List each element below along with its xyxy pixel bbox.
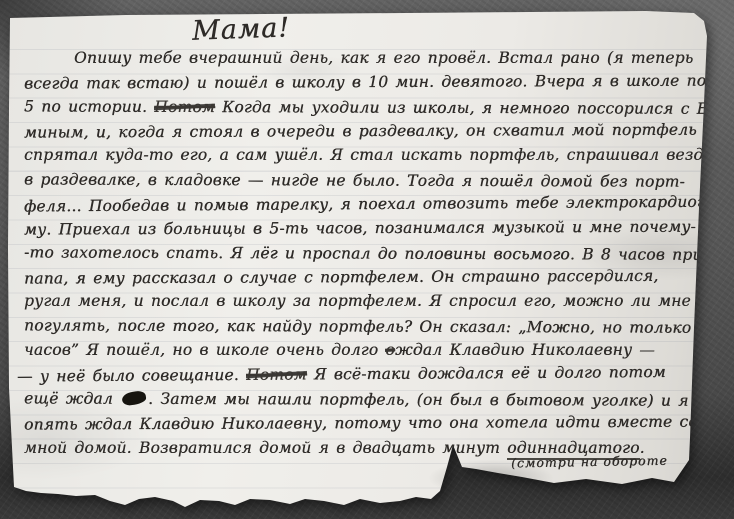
- ink-blot: его: [121, 390, 147, 407]
- letter-paper-wrap: Мама! Опишу тебе вчерашний день, как я е…: [6, 8, 712, 512]
- letter-text: Я всё-таки дождался её и долго потом: [307, 363, 666, 384]
- letter-line: всегда так встаю) и пошёл в школу в 10 м…: [24, 69, 706, 96]
- letter-line: -то захотелось спать. Я лёг и проспал до…: [24, 240, 706, 267]
- letter-text: в раздевалке, в кладовке — нигде не было…: [24, 170, 685, 190]
- letter-line: спрятал куда-то его, а сам ушёл. Я стал …: [24, 143, 706, 167]
- letter-text: му. Приехал из больницы в 5-ть часов, по…: [24, 218, 696, 239]
- letter-text: . Затем мы нашли портфель, (он был в быт…: [148, 390, 689, 410]
- letter-lines: Опишу тебе вчерашний день, как я его про…: [24, 46, 706, 460]
- letter-text: миным, и, когда я стоял в очереди в разд…: [24, 121, 712, 142]
- letter-text: часов” Я пошёл, но в школе очень долго: [24, 341, 385, 359]
- letter-line: ругал меня, и послал в школу за портфеле…: [24, 289, 706, 313]
- letter-text: — у неё было совещание.: [17, 366, 246, 386]
- letter-text: ругал меня, и послал в школу за портфеле…: [24, 292, 712, 310]
- letter-text: всегда так встаю) и пошёл в школу в 10 м…: [24, 72, 712, 93]
- letter-text: Опишу тебе вчерашний день, как я его про…: [74, 49, 693, 67]
- letter-text: Когда мы уходили из школы, я немного пос…: [215, 98, 712, 118]
- letter-line: Опишу тебе вчерашний день, как я его про…: [24, 46, 706, 70]
- letter-line: му. Приехал из больницы в 5-ть часов, по…: [24, 215, 706, 242]
- letter-line: опять ждал Клавдию Николаевну, потому чт…: [24, 410, 706, 437]
- letter-line: 5 по истории. Потом Когда мы уходили из …: [24, 94, 706, 121]
- letter-text: опять ждал Клавдию Николаевну, потому чт…: [24, 413, 698, 434]
- letter-line: часов” Я пошёл, но в школе очень долго о…: [24, 338, 706, 362]
- letter-text: феля... Пообедав и помыв тарелку, я поех…: [24, 192, 712, 215]
- letter-text: ждал Клавдию Николаевну —: [395, 341, 655, 359]
- struck-word: Потом: [154, 97, 215, 115]
- letter-text: -то захотелось спать. Я лёг и проспал до…: [24, 243, 712, 263]
- letter-text: 5 по истории.: [24, 97, 154, 115]
- letter-line: погулять, после того, как найду портфель…: [24, 313, 706, 340]
- desk-surface: Мама! Опишу тебе вчерашний день, как я е…: [0, 0, 734, 519]
- letter-text: мной домой. Возвратился домой я в двадца…: [24, 439, 507, 457]
- letter-text: спрятал куда-то его, а сам ушёл. Я стал …: [24, 146, 712, 164]
- letter-text: погулять, после того, как найду портфель…: [24, 316, 712, 337]
- letter-paper: Мама! Опишу тебе вчерашний день, как я е…: [6, 8, 712, 512]
- letter-line: ещё ждал его. Затем мы нашли портфель, (…: [24, 386, 706, 413]
- struck-word: Потом: [246, 366, 307, 384]
- letter-line: миным, и, когда я стоял в очереди в разд…: [24, 118, 706, 145]
- verso-note: (смотри на обороте: [511, 453, 668, 471]
- letter-text: папа, я ему рассказал о случае с портфел…: [24, 267, 659, 288]
- letter-text: ещё ждал: [24, 389, 120, 407]
- letter-line: — у неё было совещание. Потом Я всё-таки…: [17, 360, 706, 389]
- letter-line: папа, я ему рассказал о случае с портфел…: [24, 264, 706, 291]
- letter-salutation: Мама!: [191, 12, 290, 46]
- struck-word: о: [385, 341, 395, 359]
